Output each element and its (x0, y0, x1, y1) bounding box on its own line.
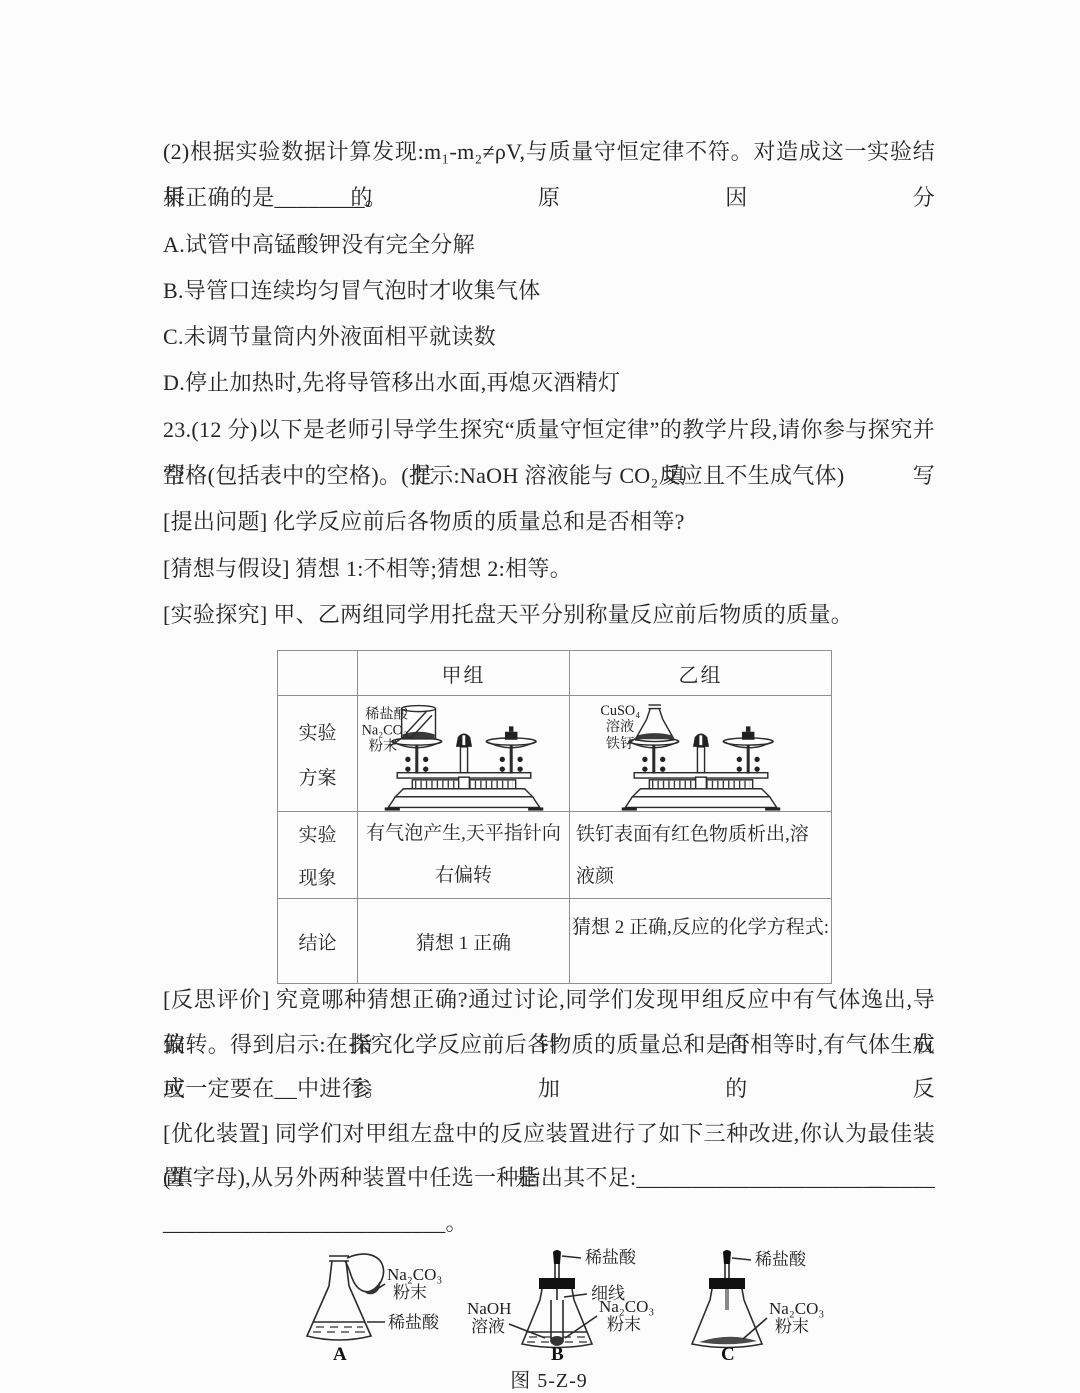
option-c: C.未调节量筒内外液面相平就读数 (163, 314, 935, 360)
label-iron-nail-yi: 铁钉 (605, 735, 634, 752)
a-label-powder: 粉末 (393, 1283, 427, 1302)
table-corner-cell (278, 651, 358, 696)
figure-caption: 图 5-Z-9 (163, 1364, 935, 1393)
conclusion-yi: 猜想 2 正确,反应的化学方程式: (570, 899, 832, 984)
balance-diagram-yi: CuSO₄ 溶液 铁钉 (598, 697, 804, 811)
optimize-line2: (填字母),从另外两种装置中任选一种指出其不足:________________… (163, 1156, 935, 1201)
phenomenon-yi-line1: 铁钉表面有红色物质析出,溶液颜 (576, 814, 827, 898)
q2-stem-line1: (2)根据实验数据计算发现:m₁-m₂≠ρV,与质量守恒定律不符。对造成这一实验… (163, 129, 935, 175)
row-label-scheme: 实验 方案 (278, 696, 358, 812)
b-label-acid: 稀盐酸 (585, 1248, 637, 1267)
q23-stem-line2: 空格(包括表中的空格)。(提示:NaOH 溶液能与 CO₂反应且不生成气体) (163, 453, 935, 499)
row-label-scheme-2: 方案 (298, 763, 336, 790)
conclusion-jia: 猜想 1 正确 (358, 899, 570, 984)
scheme-cell-yi: CuSO₄ 溶液 铁钉 (570, 696, 832, 812)
table-header-jia: 甲组 (358, 651, 570, 696)
option-b: B.导管口连续均匀冒气泡时才收集气体 (163, 268, 935, 314)
q23-explore-line: [实验探究] 甲、乙两组同学用托盘天平分别称量反应前后物质的质量。 (163, 592, 935, 638)
b-label-solution: 溶液 (471, 1317, 505, 1336)
phenomenon-yi: 铁钉表面有红色物质析出,溶液颜 色发生改变,天平指针没有偏转 (570, 812, 832, 899)
c-label-acid: 稀盐酸 (755, 1250, 807, 1269)
table-header-yi: 乙组 (570, 651, 832, 696)
question-text-block: (2)根据实验数据计算发现:m₁-m₂≠ρV,与质量守恒定律不符。对造成这一实验… (163, 129, 935, 638)
row-label-conclusion-text: 结论 (298, 928, 336, 955)
q23-ask-line: [提出问题] 化学反应前后各物质的质量总和是否相等? (163, 499, 935, 545)
conclusion-jia-text: 猜想 1 正确 (416, 928, 511, 955)
a-letter: A (333, 1344, 347, 1365)
q23-stem-line1: 23.(12 分)以下是老师引导学生探究“质量守恒定律”的教学片段,请你参与探究… (163, 407, 935, 453)
apparatus-b-diagram: 稀盐酸 细线 NaOH 溶液 Na₂CO₃ 粉末 B (465, 1248, 677, 1366)
apparatus-figure: Na₂CO₃ 粉末 稀盐酸 A (163, 1248, 935, 1366)
a-label-acid: 稀盐酸 (388, 1313, 440, 1332)
apparatus-a-diagram: Na₂CO₃ 粉末 稀盐酸 A (281, 1248, 457, 1366)
label-powder-jia: 粉末 (368, 737, 397, 754)
b-label-na2co3: Na₂CO₃ (599, 1297, 654, 1316)
post-table-text-block: [反思评价] 究竟哪种猜想正确?通过讨论,同学们发现甲组反应中有气体逸出,导致指… (163, 978, 935, 1245)
a-label-na2co3: Na₂CO₃ (387, 1265, 442, 1284)
row-label-conclusion: 结论 (278, 899, 358, 984)
label-solution-yi: 溶液 (605, 717, 634, 735)
label-cuso4-yi: CuSO₄ (600, 703, 640, 719)
row-label-scheme-1: 实验 (298, 718, 336, 745)
balance-diagram-jia: 稀盐酸 Na₂CO₃ 粉末 (361, 697, 567, 811)
experiment-table: 甲组 乙组 实验 方案 (277, 650, 832, 984)
b-letter: B (551, 1344, 564, 1365)
reflect-line2: 偏转。得到启示:在探究化学反应前后各物质的质量总和是否相等时,有气体生成或参加的… (163, 1023, 935, 1068)
option-d: D.停止加热时,先将导管移出水面,再熄灭酒精灯 (163, 360, 935, 406)
phenomenon-jia: 有气泡产生,天平指针向 右偏转 (358, 812, 570, 899)
q23-guess-line: [猜想与假设] 猜想 1:不相等;猜想 2:相等。 (163, 546, 935, 592)
row-label-phenomenon-1: 实验 (298, 820, 336, 847)
exam-page: (2)根据实验数据计算发现:m₁-m₂≠ρV,与质量守恒定律不符。对造成这一实验… (0, 0, 1080, 1393)
option-a: A.试管中高锰酸钾没有完全分解 (163, 222, 935, 268)
apparatus-c-diagram: 稀盐酸 Na₂CO₃ 粉末 C (663, 1248, 839, 1366)
conclusion-yi-line: 猜想 2 正确,反应的化学方程式: (570, 899, 831, 949)
b-label-naoh: NaOH (467, 1299, 511, 1318)
optimize-line1: [优化装置] 同学们对甲组左盘中的反应装置进行了如下三种改进,你认为最佳装置是_… (163, 1112, 935, 1157)
b-label-powder: 粉末 (607, 1315, 641, 1334)
scheme-cell-jia: 稀盐酸 Na₂CO₃ 粉末 (358, 696, 570, 812)
label-na2co3-jia: Na₂CO₃ (361, 722, 407, 738)
c-label-powder: 粉末 (775, 1317, 809, 1336)
c-letter: C (721, 1344, 735, 1365)
reflect-line1: [反思评价] 究竟哪种猜想正确?通过讨论,同学们发现甲组反应中有气体逸出,导致指… (163, 978, 935, 1023)
label-dilute-hcl-jia: 稀盐酸 (365, 704, 409, 722)
row-label-phenomenon: 实验 现象 (278, 812, 358, 899)
row-label-phenomenon-2: 现象 (298, 863, 336, 890)
phenomenon-jia-line2: 右偏转 (358, 855, 569, 897)
optimize-line3: _________________________。 (163, 1201, 935, 1246)
c-label-na2co3: Na₂CO₃ (769, 1299, 824, 1318)
phenomenon-jia-line1: 有气泡产生,天平指针向 (358, 813, 569, 855)
